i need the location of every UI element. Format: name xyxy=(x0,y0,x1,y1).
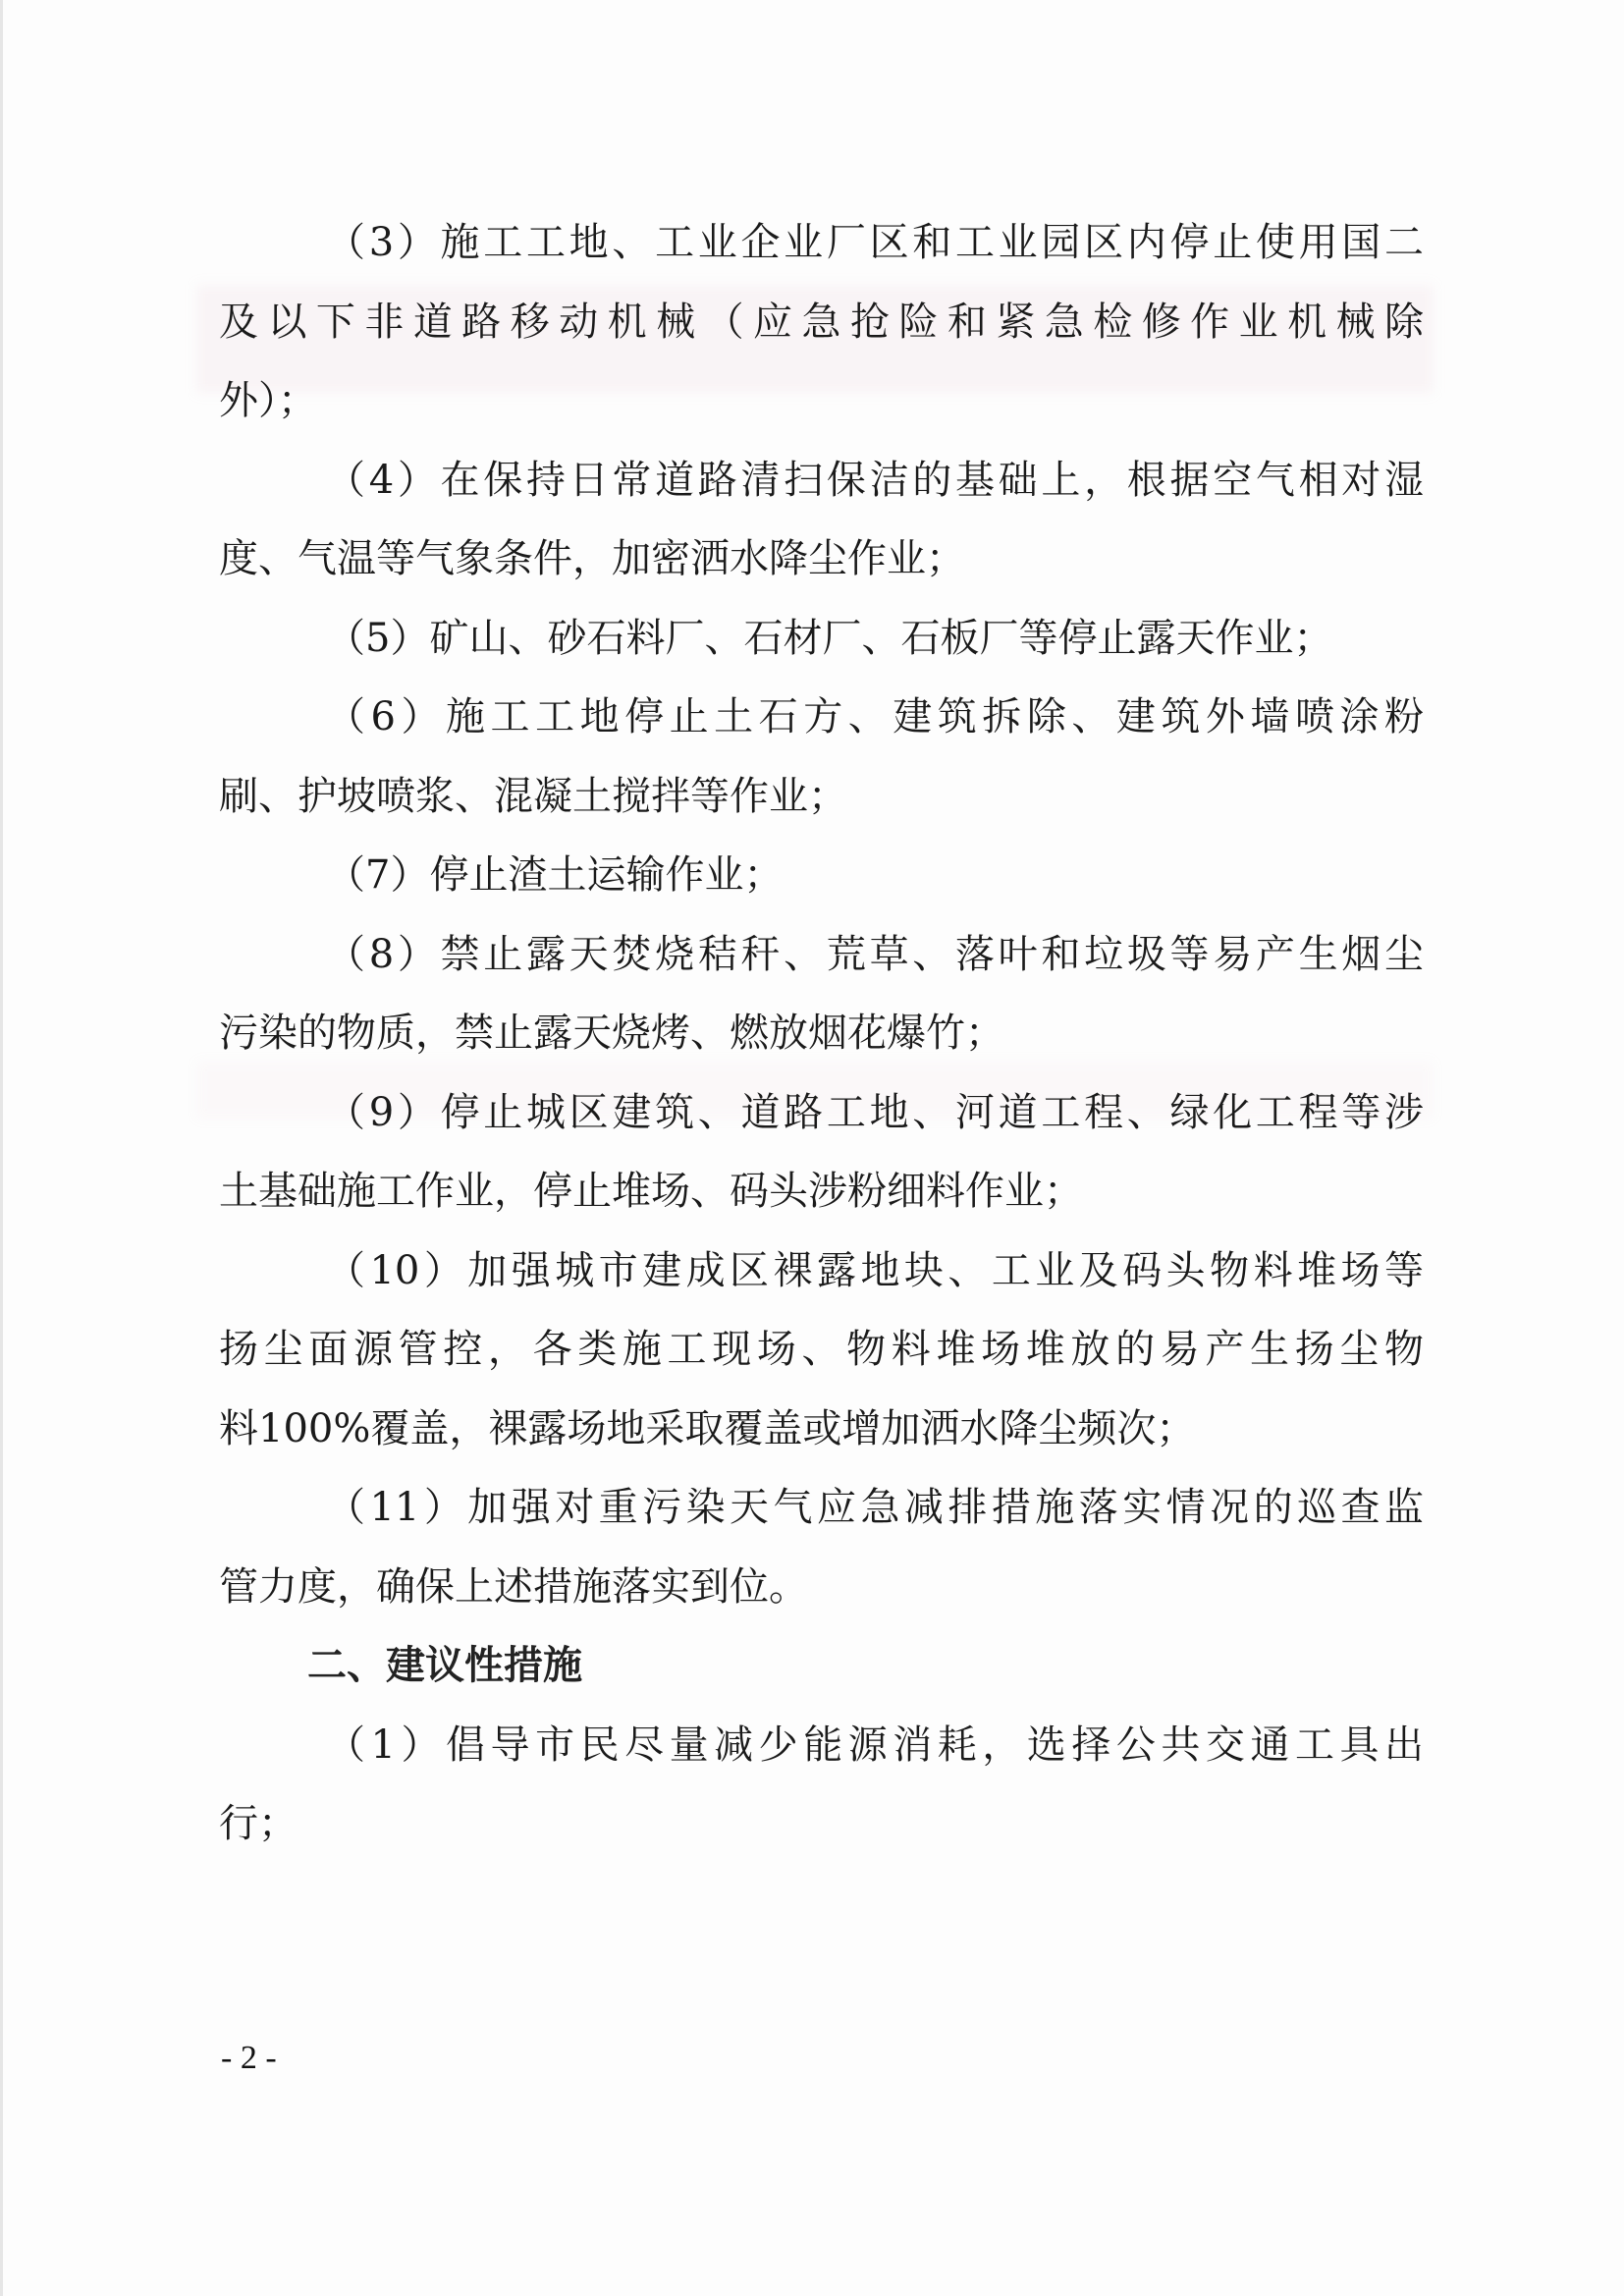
paragraph-line: （8）禁止露天焚烧秸秆、荒草、落叶和垃圾等易产生烟尘 xyxy=(326,931,1424,978)
section-heading: 二、建议性措施 xyxy=(307,1642,1512,1689)
paragraph-line: （3）施工工地、工业企业厂区和工业园区内停止使用国二 xyxy=(326,219,1424,266)
paragraph-line: （6）施工工地停止土石方、建筑拆除、建筑外墙喷涂粉 xyxy=(326,693,1424,740)
paragraph-line: 土基础施工作业，停止堆场、码头涉粉细料作业； xyxy=(219,1168,1424,1215)
paragraph-line: 料100%覆盖，裸露场地采取覆盖或增加洒水降尘频次； xyxy=(219,1405,1424,1452)
paragraph-line: （5）矿山、砂石料厂、石材厂、石板厂等停止露天作业； xyxy=(326,615,1424,662)
paragraph-line: 度、气温等气象条件，加密洒水降尘作业； xyxy=(219,535,1424,582)
paragraph-line: 及以下非道路移动机械（应急抢险和紧急检修作业机械除 xyxy=(219,299,1424,346)
page-number: - 2 - xyxy=(221,2039,277,2078)
paragraph-line: 管力度，确保上述措施落实到位。 xyxy=(219,1563,1424,1611)
scan-edge xyxy=(0,0,3,2296)
document-page: （3）施工工地、工业企业厂区和工业园区内停止使用国二 及以下非道路移动机械（应急… xyxy=(0,0,1624,2296)
paragraph-line: （11）加强对重污染天气应急减排措施落实情况的巡查监 xyxy=(326,1484,1424,1531)
paragraph-line: 扬尘面源管控，各类施工现场、物料堆场堆放的易产生扬尘物 xyxy=(219,1326,1424,1373)
paragraph-line: 行； xyxy=(219,1800,1424,1847)
paragraph-line: 外）； xyxy=(219,377,1424,424)
paragraph-line: （9）停止城区建筑、道路工地、河道工程、绿化工程等涉 xyxy=(326,1089,1424,1136)
paragraph-line: 刷、护坡喷浆、混凝土搅拌等作业； xyxy=(219,773,1424,820)
paragraph-line: 污染的物质，禁止露天烧烤、燃放烟花爆竹； xyxy=(219,1010,1424,1057)
paragraph-line: （1）倡导市民尽量减少能源消耗，选择公共交通工具出 xyxy=(326,1722,1424,1769)
paragraph-line: （7）停止渣土运输作业； xyxy=(326,851,1424,899)
paragraph-line: （10）加强城市建成区裸露地块、工业及码头物料堆场等 xyxy=(326,1247,1424,1294)
paragraph-line: （4）在保持日常道路清扫保洁的基础上，根据空气相对湿 xyxy=(326,457,1424,504)
